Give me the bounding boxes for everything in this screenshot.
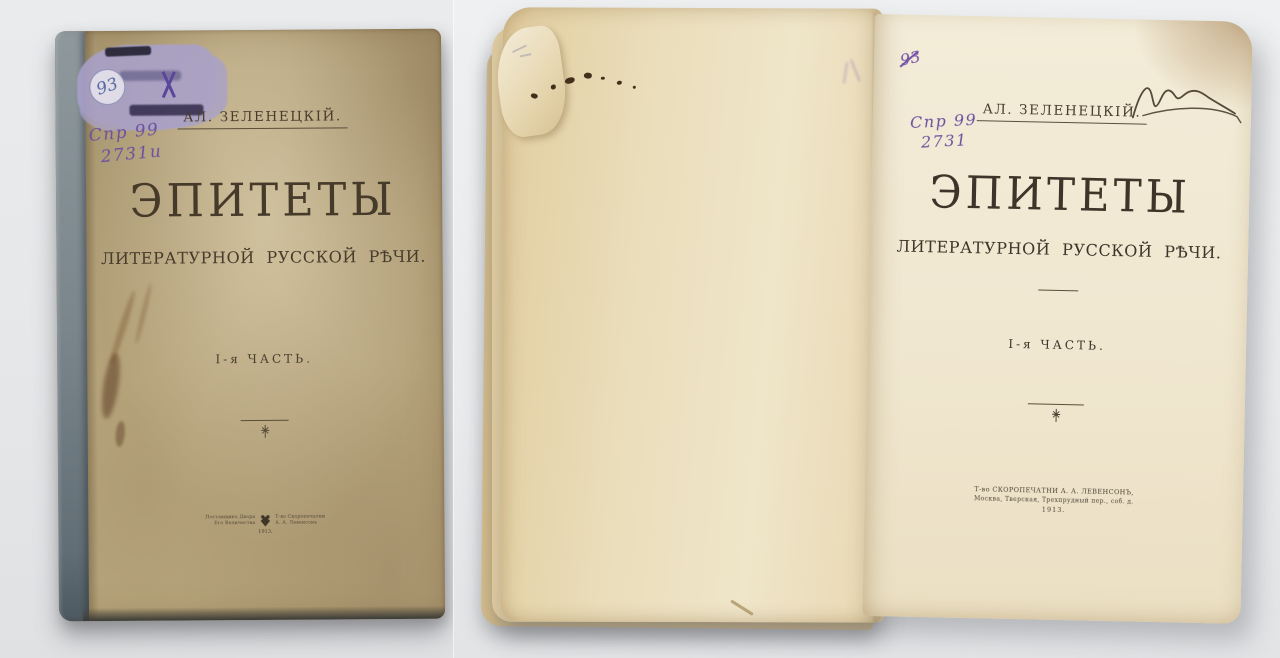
ornament-rule <box>241 420 289 421</box>
title-page-imprint: Т-во СКОРОПЕЧАТНИ А. А. ЛЕВЕНСОНЪ, Москв… <box>865 482 1244 519</box>
eagle-emblem-icon <box>259 514 271 528</box>
fleuron-icon <box>1050 408 1061 423</box>
ink-spots <box>529 53 659 107</box>
title-page-subtitle: ЛИТЕРАТУРНОЙ РУССКОЙ РѢЧИ. <box>870 236 1248 263</box>
short-rule <box>1038 289 1078 291</box>
cover-subtitle: ЛИТЕРАТУРНОЙ РУССКОЙ РѢЧИ. <box>86 247 440 268</box>
crossed-out-number: 93 <box>898 47 922 70</box>
dust-fiber <box>730 599 754 615</box>
cover-part: I-я ЧАСТЬ. <box>87 351 441 367</box>
cover-title: ЭПИТЕТЫ <box>86 173 440 228</box>
fleuron-icon <box>259 424 270 439</box>
ink-bleed-mark <box>841 55 870 94</box>
title-page: 93 Спр 99 2731 АЛ. ЗЕЛЕНЕЦКІЙ. ЭПИТЕТЫ Л… <box>862 14 1253 624</box>
title-page-author: АЛ. ЗЕЛЕНЕЦКІЙ. <box>976 101 1147 125</box>
call-number-line2: 2731 <box>911 130 979 154</box>
ornament-rule <box>1028 403 1084 405</box>
title-page-title: ЭПИТЕТЫ <box>871 164 1250 224</box>
imprint-left-column: Поставщикъ Двора Его Величества <box>205 515 255 527</box>
imprint-year: 1913. <box>88 528 442 536</box>
page-block-edge <box>83 606 445 622</box>
title-page-photo: 93 Спр 99 2731 АЛ. ЗЕЛЕНЕЦКІЙ. ЭПИТЕТЫ Л… <box>453 0 1280 658</box>
cover-content: АЛ. ЗЕЛЕНЕЦКІЙ. ЭПИТЕТЫ ЛИТЕРАТУРНОЙ РУС… <box>85 29 443 621</box>
imprint-right-column: Т-во Скоропечатни А. А. Левенсонъ <box>275 515 325 527</box>
cover-author: АЛ. ЗЕЛЕНЕЦКІЙ. <box>177 108 348 129</box>
book-cover: 93 Спр 99 2731и АЛ. ЗЕЛЕНЕЦКІЙ. ЭПИТЕТЫ <box>55 29 445 622</box>
photo-composite: 93 Спр 99 2731и АЛ. ЗЕЛЕНЕЦКІЙ. ЭПИТЕТЫ <box>0 0 1280 658</box>
title-page-part: I-я ЧАСТЬ. <box>868 334 1246 356</box>
cover-imprint: Поставщикъ Двора Его Величества Т-во Ско… <box>88 513 442 529</box>
left-page <box>501 7 883 622</box>
cover-photo: 93 Спр 99 2731и АЛ. ЗЕЛЕНЕЦКІЙ. ЭПИТЕТЫ <box>0 0 453 658</box>
imprint-text: Его Величества <box>206 521 256 527</box>
imprint-text: А. А. Левенсонъ <box>275 520 325 526</box>
